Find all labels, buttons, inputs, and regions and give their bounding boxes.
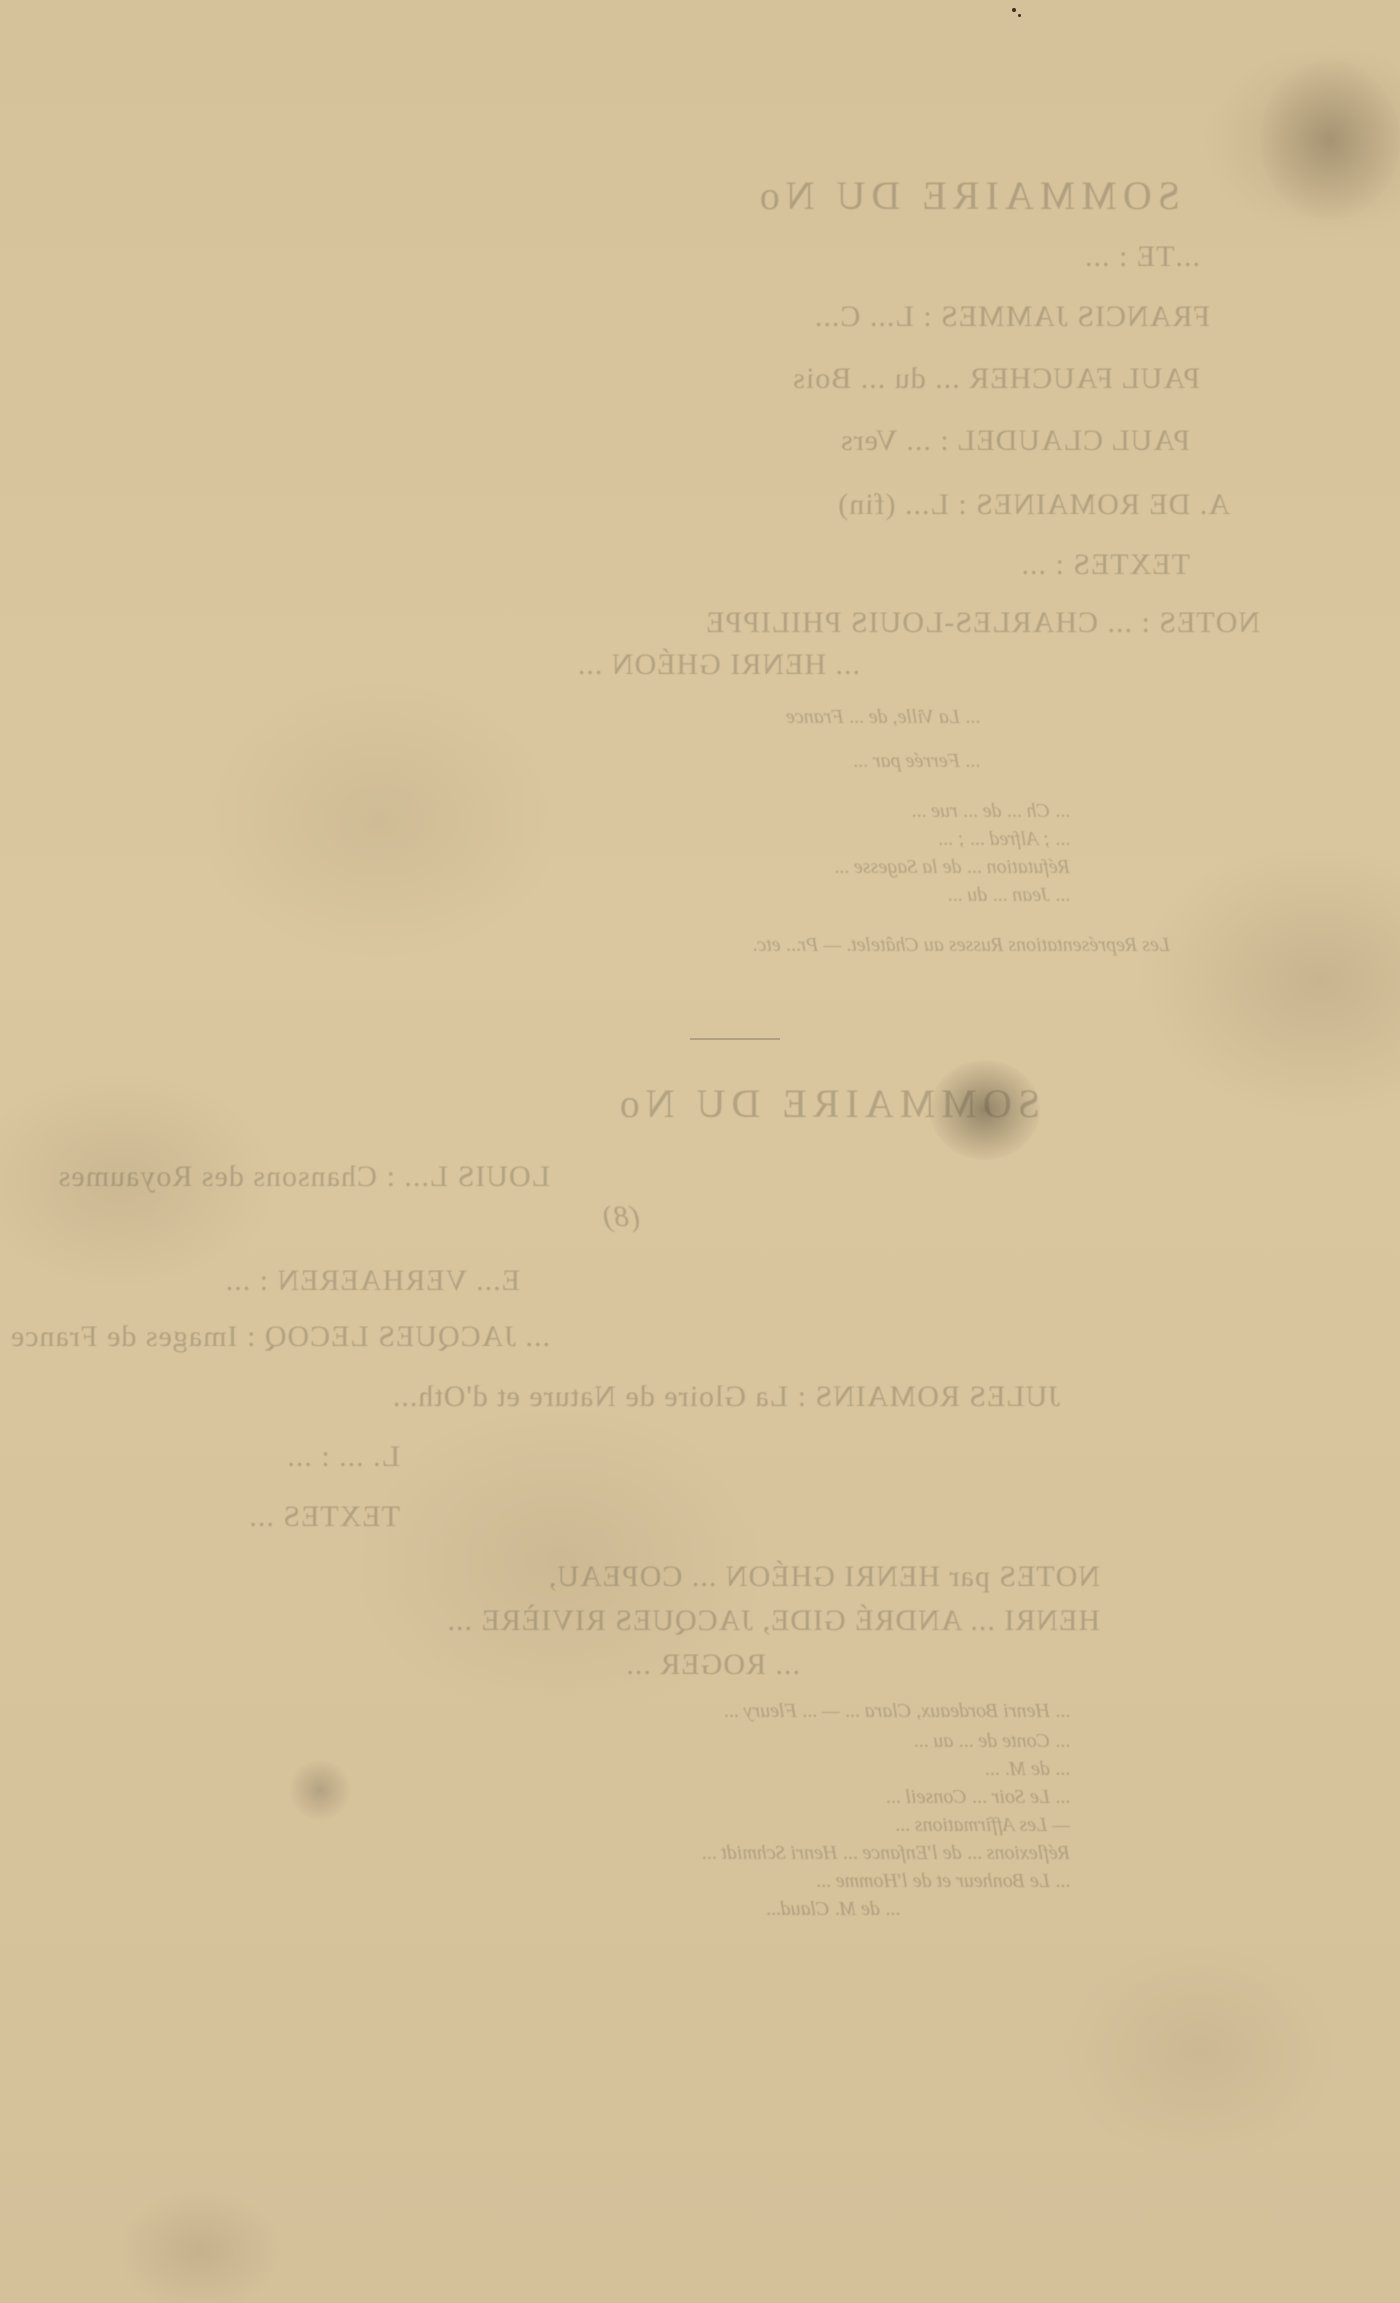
- block1-line: TEXTES : ...: [1021, 548, 1191, 582]
- scanned-page: SOMMAIRE DU No ...TE : ... FRANCIS JAMME…: [0, 0, 1400, 2303]
- block2-note: ... de M. Claud...: [766, 1898, 900, 1921]
- block2-note: ... Le Soir ... Conseil ...: [886, 1786, 1070, 1809]
- block1-note: ... La Ville, de ... France: [786, 706, 980, 729]
- speck: [1012, 8, 1016, 12]
- block2-line: TEXTES ...: [248, 1500, 400, 1534]
- block2-line: LOUIS L... : Chansons des Royaumes: [58, 1160, 550, 1194]
- block1-note: ... Jean ... du ...: [947, 884, 1070, 907]
- block2-note: Réflexions ... de l'Enfance ... Henri Sc…: [701, 1842, 1070, 1865]
- block2-note: — Les Affirmations ...: [895, 1814, 1070, 1837]
- block1-title: SOMMAIRE DU No: [754, 172, 1180, 219]
- block1-note: ... ; Alfred ... ; ...: [938, 828, 1070, 851]
- block2-line: ... ROGER ...: [625, 1648, 800, 1682]
- block2-line: L. ... : ...: [286, 1440, 400, 1474]
- block2-note: ... de M. ...: [984, 1758, 1070, 1781]
- block1-note: Réfutation ... de la Sagesse ...: [834, 856, 1070, 879]
- block1-line: PAUL CLAUDEL : ... Vers: [840, 424, 1190, 458]
- block2-note: ... Conte de ... au ...: [913, 1730, 1070, 1753]
- block1-line: NOTES : ... CHARLES-LOUIS PHILIPPE: [705, 606, 1260, 640]
- block1-line: FRANCIS JAMMES : L... C...: [814, 300, 1210, 334]
- speck: [1018, 14, 1021, 17]
- block2-line: JULES ROMAINS : La Gloire de Nature et d…: [392, 1380, 1060, 1414]
- block1-line: PAUL FAUCHER ... du ... Bois: [792, 362, 1200, 396]
- block1-note: ... Ch ... de ... rue ...: [911, 800, 1070, 823]
- block2-note: ... Le Bonheur et de l'Homme ...: [816, 1870, 1070, 1893]
- block2-line: E... VERHAEREN : ...: [225, 1264, 520, 1298]
- block1-line: ... HENRI GHÉON ...: [577, 648, 860, 682]
- block2-line: ... JACQUES LECOQ : Images de France: [10, 1320, 550, 1354]
- block2-line: HENRI ... ANDRÉ GIDE, JACQUES RIVIÈRE ..…: [447, 1604, 1100, 1638]
- stain: [290, 1760, 350, 1820]
- block2-subtitle: (8): [602, 1200, 640, 1234]
- stain: [1260, 60, 1400, 220]
- block1-note: Les Représentations Russes au Châtelet. …: [752, 934, 1170, 957]
- block2-line: NOTES par HENRI GHÉON ... COPEAU,: [548, 1560, 1100, 1594]
- block1-line: ...TE : ...: [1084, 240, 1200, 274]
- block2-note: ... Henri Bordeaux, Clara ... — ... Fleu…: [724, 1700, 1070, 1723]
- block1-note: ... Ferrée par ...: [853, 750, 980, 773]
- separator-rule: [690, 1038, 780, 1040]
- block2-title: SOMMAIRE DU No: [614, 1080, 1040, 1127]
- block1-line: A. DE ROMAINES : L... (fin): [837, 488, 1230, 522]
